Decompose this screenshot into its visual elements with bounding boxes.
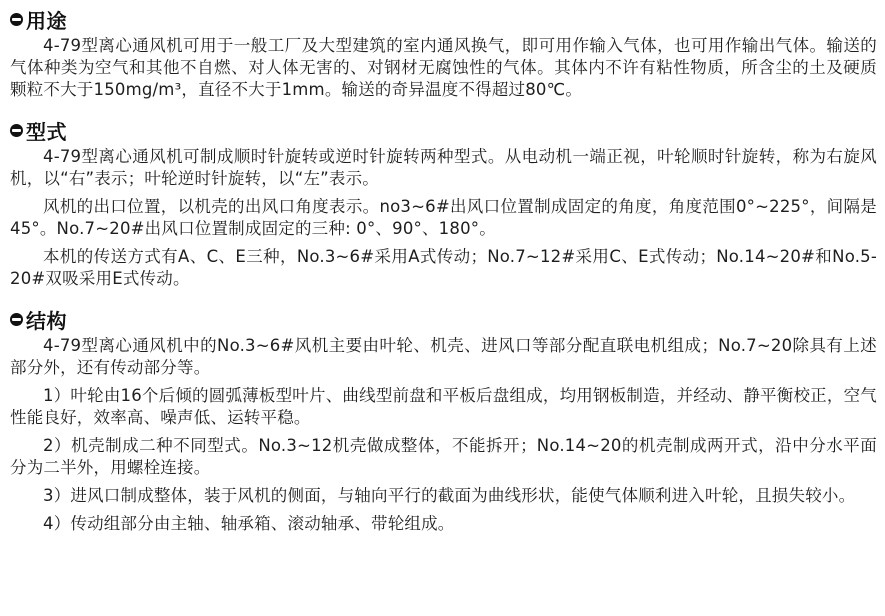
section-title: 型式	[26, 116, 67, 145]
paragraph: 4-79型离心通风机中的No.3~6#风机主要由叶轮、机壳、进风口等部分配直联电…	[10, 335, 877, 379]
paragraph: 本机的传送方式有A、C、E三种，No.3~6#采用A式传动；No.7~12#采用…	[10, 246, 877, 290]
section-title: 用途	[26, 5, 67, 34]
section-heading: 型式	[10, 115, 877, 145]
section-usage: 用途 4-79型离心通风机可用于一般工厂及大型建筑的室内通风换气，即可用作输入气…	[10, 4, 877, 101]
paragraph: 风机的出口位置，以机壳的出风口角度表示。no3~6#出风口位置制成固定的角度，角…	[10, 196, 877, 240]
minus-circle-icon	[10, 13, 23, 26]
section-structure: 结构 4-79型离心通风机中的No.3~6#风机主要由叶轮、机壳、进风口等部分配…	[10, 304, 877, 535]
section-heading: 结构	[10, 304, 877, 334]
paragraph: 4）传动组部分由主轴、轴承箱、滚动轴承、带轮组成。	[10, 513, 877, 535]
minus-circle-icon	[10, 124, 23, 137]
paragraph: 2）机壳制成二种不同型式。No.3~12机壳做成整体，不能拆开；No.14~20…	[10, 435, 877, 479]
paragraph: 4-79型离心通风机可用于一般工厂及大型建筑的室内通风换气，即可用作输入气体，也…	[10, 35, 877, 101]
document-page: 用途 4-79型离心通风机可用于一般工厂及大型建筑的室内通风换气，即可用作输入气…	[0, 0, 885, 535]
paragraph: 4-79型离心通风机可制成顺时针旋转或逆时针旋转两种型式。从电动机一端正视，叶轮…	[10, 146, 877, 190]
paragraph: 1）叶轮由16个后倾的圆弧薄板型叶片、曲线型前盘和平板后盘组成，均用钢板制造，并…	[10, 385, 877, 429]
paragraph: 3）进风口制成整体，装于风机的侧面，与轴向平行的截面为曲线形状，能使气体顺利进入…	[10, 485, 877, 507]
section-type: 型式 4-79型离心通风机可制成顺时针旋转或逆时针旋转两种型式。从电动机一端正视…	[10, 115, 877, 290]
minus-circle-icon	[10, 313, 23, 326]
section-heading: 用途	[10, 4, 877, 34]
section-title: 结构	[26, 305, 67, 334]
